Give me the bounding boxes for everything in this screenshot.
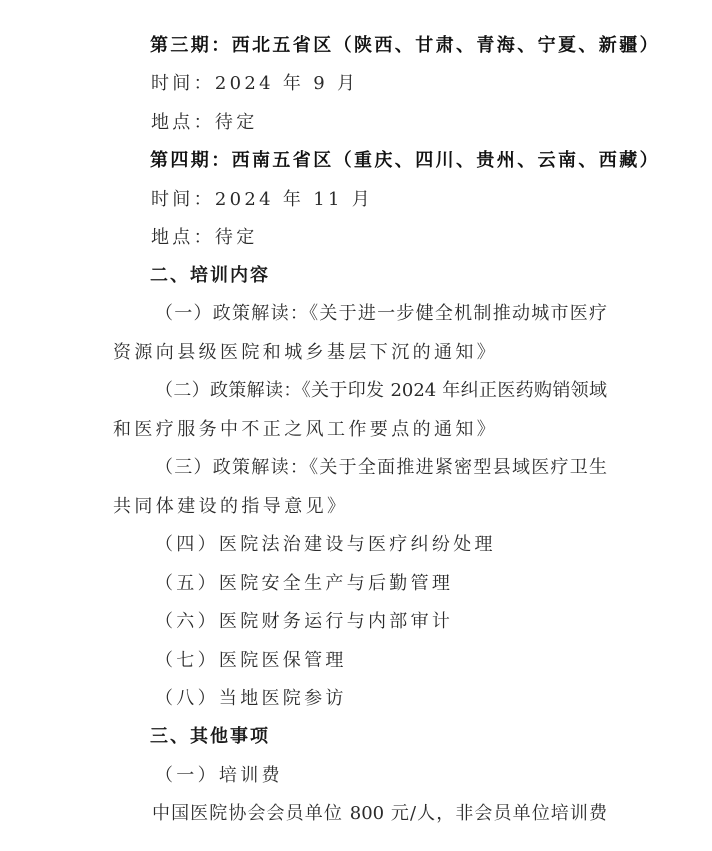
content-item-1-line2: 资源向县级医院和城乡基层下沉的通知》: [113, 341, 498, 365]
content-item-8: （八）当地医院参访: [155, 687, 347, 711]
period-4-time: 时间：2024 年 11 月: [151, 188, 373, 212]
content-item-2-line1: （二）政策解读：《关于印发 2024 年纠正医药购销领域: [155, 379, 607, 403]
content-item-4: （四）医院法治建设与医疗纠纷处理: [155, 533, 496, 557]
period-3-time: 时间：2024 年 9 月: [151, 72, 358, 96]
content-item-1-line1: （一）政策解读：《关于进一步健全机制推动城市医疗: [155, 302, 607, 326]
content-item-7: （七）医院医保管理: [155, 649, 347, 673]
period-3-title: 第三期：西北五省区（陕西、甘肃、青海、宁夏、新疆）: [150, 34, 660, 58]
section-2-heading: 二、培训内容: [150, 264, 270, 288]
section-3-heading: 三、其他事项: [150, 725, 270, 749]
period-3-location: 地点：待定: [151, 111, 258, 135]
content-item-3-line1: （三）政策解读：《关于全面推进紧密型县域医疗卫生: [155, 456, 607, 480]
content-item-5: （五）医院安全生产与后勤管理: [155, 572, 453, 596]
content-item-2-line2: 和医疗服务中不正之风工作要点的通知》: [113, 418, 498, 442]
training-fee-text: 中国医院协会会员单位 800 元/人，非会员单位培训费: [152, 802, 607, 826]
period-4-title: 第四期：西南五省区（重庆、四川、贵州、云南、西藏）: [150, 149, 660, 173]
content-item-3-line2: 共同体建设的指导意见》: [113, 495, 348, 519]
document-page: 第三期：西北五省区（陕西、甘肃、青海、宁夏、新疆） 时间：2024 年 9 月 …: [0, 0, 712, 851]
training-fee-title: （一）培训费: [155, 764, 283, 788]
content-item-6: （六）医院财务运行与内部审计: [155, 610, 453, 634]
period-4-location: 地点：待定: [151, 226, 258, 250]
